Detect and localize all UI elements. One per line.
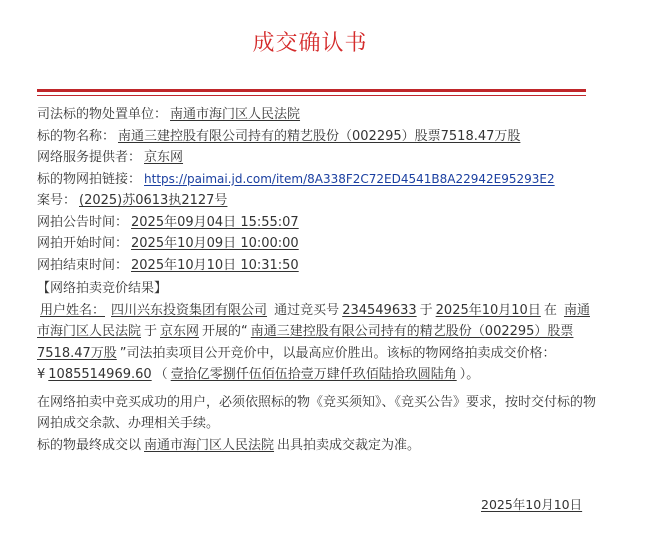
text: 标的物最终成交以 <box>37 438 141 453</box>
header-rule-thin <box>37 95 586 96</box>
text: （ <box>155 367 168 382</box>
platform-name: 京东网 <box>157 324 202 339</box>
field-label: 司法标的物处置单位： <box>37 107 167 122</box>
field-value: (2025)苏0613执2127号 <box>76 193 230 208</box>
field-label: 网拍公告时间： <box>37 215 128 230</box>
field-value: 2025年10月09日 10:00:00 <box>128 236 302 251</box>
notice-paragraph-1: 在网络拍卖中竞买成功的用户，必须依照标的物《竞买须知》、《竞买公告》要求，按时交… <box>37 392 597 435</box>
text: 出具拍卖成交裁定为准。 <box>277 438 420 453</box>
final-price: 1085514969.60 <box>45 367 154 382</box>
text: 通过竞买号 <box>274 303 339 318</box>
field-end-time: 网拍结束时间：2025年10月10日 10:31:50 <box>37 255 597 277</box>
field-label: 案号： <box>37 193 76 208</box>
field-value: 南通市海门区人民法院 <box>167 107 303 122</box>
field-service-provider: 网络服务提供者：京东网 <box>37 147 597 169</box>
field-announce-time: 网拍公告时间：2025年09月04日 15:55:07 <box>37 212 597 234</box>
result-heading: 【网络拍卖竞价结果】 <box>37 278 597 300</box>
text: ）。 <box>460 367 480 382</box>
text: 于 <box>420 303 433 318</box>
field-value: 南通三建控股有限公司持有的精艺股份（002295）股票7518.47万股 <box>115 129 523 144</box>
field-label: 网络服务提供者： <box>37 150 141 165</box>
field-item-name: 标的物名称：南通三建控股有限公司持有的精艺股份（002295）股票7518.47… <box>37 126 597 148</box>
field-label: 标的物网拍链接： <box>37 172 141 187</box>
field-label: 网拍结束时间： <box>37 258 128 273</box>
field-label: 标的物名称： <box>37 129 115 144</box>
auction-link[interactable]: https://paimai.jd.com/item/8A338F2C72ED4… <box>141 172 558 186</box>
confirmation-body: 司法标的物处置单位：南通市海门区人民法院 标的物名称：南通三建控股有限公司持有的… <box>37 104 597 456</box>
field-value: 2025年09月04日 15:55:07 <box>128 215 302 230</box>
price-in-words: 壹拾亿零捌仟伍佰伍拾壹万肆仟玖佰陆拾玖圆陆角 <box>168 367 460 382</box>
notice-paragraph-2: 标的物最终成交以南通市海门区人民法院出具拍卖成交裁定为准。 <box>37 435 597 457</box>
text: 于 <box>144 324 157 339</box>
user-label: 用户姓名： <box>37 303 108 318</box>
field-disposal-unit: 司法标的物处置单位：南通市海门区人民法院 <box>37 104 597 126</box>
field-start-time: 网拍开始时间：2025年10月09日 10:00:00 <box>37 233 597 255</box>
text: 在 <box>544 303 557 318</box>
header-rule-thick <box>37 89 586 92</box>
footer-date: 2025年10月10日 <box>481 495 582 513</box>
text: 开展的“ <box>202 324 248 339</box>
bid-number: 234549633 <box>339 303 419 318</box>
field-auction-link: 标的物网拍链接：https://paimai.jd.com/item/8A338… <box>37 169 597 191</box>
result-paragraph: 用户姓名：四川兴东投资集团有限公司 通过竞买号234549633于2025年10… <box>37 300 597 386</box>
court-name: 南通市海门区人民法院 <box>141 438 277 453</box>
field-value: 京东网 <box>141 150 186 165</box>
win-date: 2025年10月10日 <box>433 303 544 318</box>
field-case-number: 案号：(2025)苏0613执2127号 <box>37 190 597 212</box>
field-value: 2025年10月10日 10:31:50 <box>128 258 302 273</box>
document-title: 成交确认书 <box>0 26 620 57</box>
winner-name: 四川兴东投资集团有限公司 <box>108 303 270 318</box>
field-label: 网拍开始时间： <box>37 236 128 251</box>
